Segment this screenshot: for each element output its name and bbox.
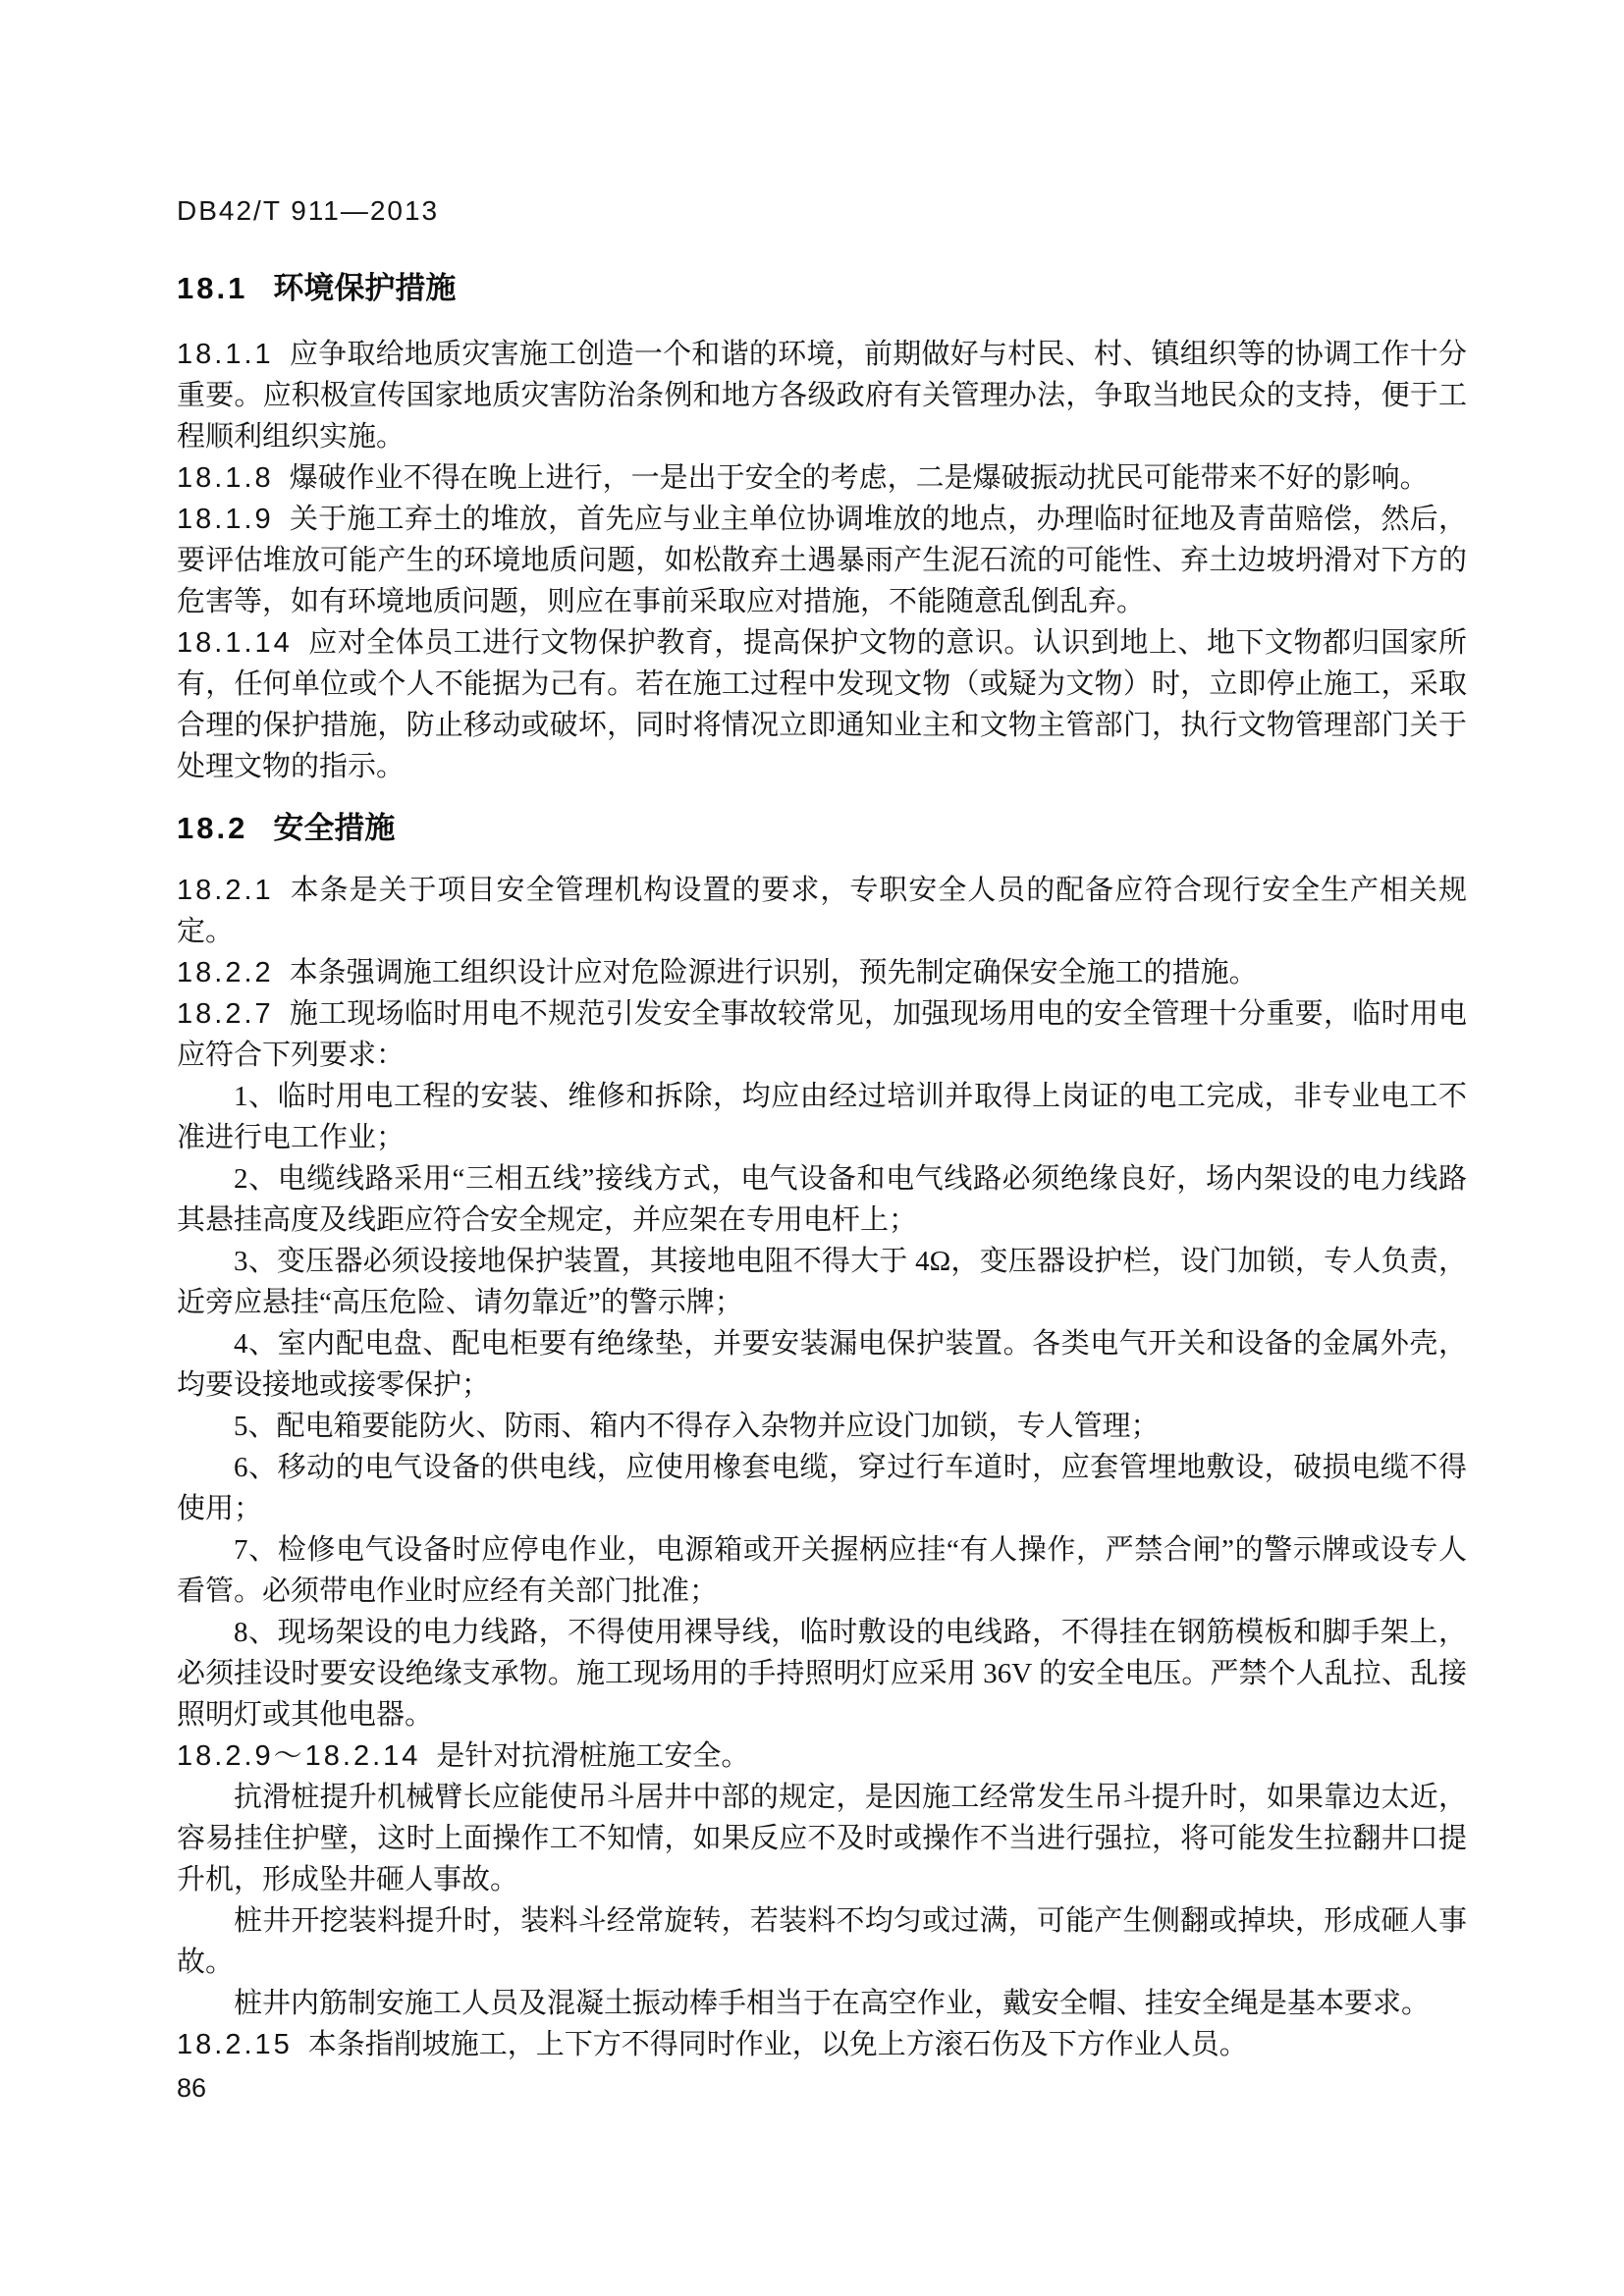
clause-paragraph-18-2-7: 18.2.7施工现场临时用电不规范引发安全事故较常见，加强现场用电的安全管理十分… — [177, 993, 1467, 1076]
clause-paragraph-18-1-8: 18.1.8爆破作业不得在晚上进行，一是出于安全的考虑，二是爆破振动扰民可能带来… — [177, 457, 1467, 499]
clause-paragraph-18-2-9-to-14: 18.2.9～18.2.14是针对抗滑桩施工安全。 — [177, 1735, 1467, 1777]
clause-number: 18.2.7 — [177, 998, 290, 1030]
list-item-5: 5、配电箱要能防火、防雨、箱内不得存入杂物并应设门加锁，专人管理； — [177, 1406, 1467, 1447]
page-number: 86 — [177, 2071, 1467, 2105]
clause-number: 18.2.2 — [177, 957, 290, 988]
section-number: 18.2 — [177, 811, 247, 845]
clause-number: 18.1.1 — [177, 339, 290, 370]
list-item-3: 3、变压器必须设接地保护装置，其接地电阻不得大于 4Ω，变压器设护栏，设门加锁，… — [177, 1241, 1467, 1323]
clause-text: 应争取给地质灾害施工创造一个和谐的环境，前期做好与村民、村、镇组织等的协调工作十… — [177, 339, 1467, 453]
list-item-6: 6、移动的电气设备的供电线，应使用橡套电缆，穿过行车道时，应套管埋地敷设，破损电… — [177, 1447, 1467, 1529]
standard-number-header: DB42/T 911—2013 — [177, 196, 1467, 226]
section-heading-18-2: 18.2安全措施 — [177, 811, 1467, 846]
clause-paragraph-18-2-15: 18.2.15本条指削坡施工，上下方不得同时作业，以免上方滚石伤及下方作业人员。 — [177, 2024, 1467, 2065]
clause-number: 18.2.9～18.2.14 — [177, 1740, 436, 1772]
clause-text: 应对全体员工进行文物保护教育，提高保护文物的意识。认识到地上、地下文物都归国家所… — [177, 627, 1467, 782]
note-paragraph-1: 抗滑桩提升机械臂长应能使吊斗居井中部的规定，是因施工经常发生吊斗提升时，如果靠边… — [177, 1777, 1467, 1900]
section-title: 环境保护措施 — [273, 271, 456, 305]
list-item-1: 1、临时用电工程的安装、维修和拆除，均应由经过培训并取得上岗证的电工完成，非专业… — [177, 1076, 1467, 1158]
clause-number: 18.1.8 — [177, 462, 290, 494]
clause-number: 18.1.14 — [177, 627, 308, 659]
section-heading-18-1: 18.1环境保护措施 — [177, 271, 1467, 306]
clause-text: 关于施工弃土的堆放，首先应与业主单位协调堆放的地点，办理临时征地及青苗赔偿，然后… — [177, 504, 1467, 617]
list-item-2: 2、电缆线路采用“三相五线”接线方式，电气设备和电气线路必须绝缘良好，场内架设的… — [177, 1158, 1467, 1241]
clause-paragraph-18-1-14: 18.1.14应对全体员工进行文物保护教育，提高保护文物的意识。认识到地上、地下… — [177, 622, 1467, 787]
note-paragraph-2: 桩井开挖装料提升时，装料斗经常旋转，若装料不均匀或过满，可能产生侧翻或掉块，形成… — [177, 1900, 1467, 1983]
clause-number: 18.2.15 — [177, 2029, 308, 2060]
document-page: DB42/T 911—2013 18.1环境保护措施 18.1.1应争取给地质灾… — [0, 0, 1624, 2296]
clause-text: 本条强调施工组织设计应对危险源进行识别，预先制定确保安全施工的措施。 — [290, 957, 1258, 988]
clause-paragraph-18-1-9: 18.1.9关于施工弃土的堆放，首先应与业主单位协调堆放的地点，办理临时征地及青… — [177, 499, 1467, 622]
clause-text: 本条指削坡施工，上下方不得同时作业，以免上方滚石伤及下方作业人员。 — [308, 2029, 1248, 2060]
clause-text: 本条是关于项目安全管理机构设置的要求，专职安全人员的配备应符合现行安全生产相关规… — [177, 875, 1467, 947]
clause-text: 是针对抗滑桩施工安全。 — [436, 1740, 749, 1772]
list-item-8: 8、现场架设的电力线路，不得使用裸导线，临时敷设的电线路，不得挂在钢筋模板和脚手… — [177, 1612, 1467, 1735]
clause-paragraph-18-2-2: 18.2.2本条强调施工组织设计应对危险源进行识别，预先制定确保安全施工的措施。 — [177, 952, 1467, 993]
clause-paragraph-18-1-1: 18.1.1应争取给地质灾害施工创造一个和谐的环境，前期做好与村民、村、镇组织等… — [177, 334, 1467, 457]
list-item-7: 7、检修电气设备时应停电作业，电源箱或开关握柄应挂“有人操作，严禁合闸”的警示牌… — [177, 1529, 1467, 1612]
section-title: 安全措施 — [273, 811, 395, 845]
note-paragraph-3: 桩井内筋制安施工人员及混凝土振动棒手相当于在高空作业，戴安全帽、挂安全绳是基本要… — [177, 1983, 1467, 2024]
section-number: 18.1 — [177, 271, 247, 305]
list-item-4: 4、室内配电盘、配电柜要有绝缘垫，并要安装漏电保护装置。各类电气开关和设备的金属… — [177, 1323, 1467, 1406]
clause-paragraph-18-2-1: 18.2.1本条是关于项目安全管理机构设置的要求，专职安全人员的配备应符合现行安… — [177, 870, 1467, 952]
clause-number: 18.1.9 — [177, 504, 290, 535]
clause-text: 施工现场临时用电不规范引发安全事故较常见，加强现场用电的安全管理十分重要，临时用… — [177, 998, 1467, 1071]
clause-text: 爆破作业不得在晚上进行，一是出于安全的考虑，二是爆破振动扰民可能带来不好的影响。 — [290, 462, 1429, 494]
clause-number: 18.2.1 — [177, 875, 290, 906]
